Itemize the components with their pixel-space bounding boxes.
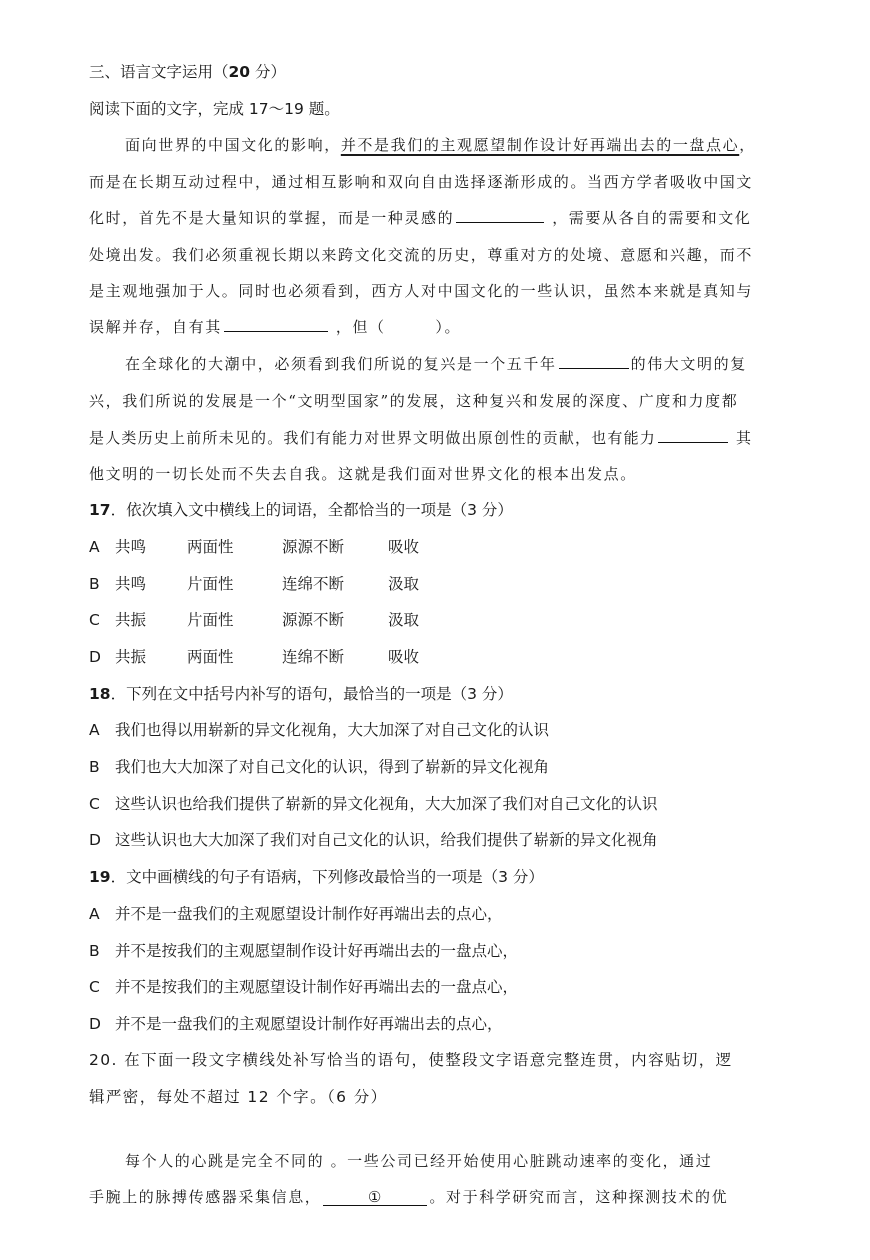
passage-line: 在全球化的大潮中，必须看到我们所说的复兴是一个五千年的伟大文明的复 (125, 354, 747, 374)
passage-line: 而是在长期互动过程中，通过相互影响和双向自由选择逐渐形成的。当西方学者吸收中国文 (89, 172, 753, 192)
passage-text: ， (739, 136, 756, 154)
passage-text: 在全球化的大潮中，必须看到我们所说的复兴是一个五千年 (125, 355, 557, 373)
q19-option-d[interactable]: D并不是一盘我们的主观愿望设计制作好再端出去的点心， (89, 1014, 503, 1034)
option-label: A (89, 537, 115, 557)
option-word: 片面性 (187, 574, 282, 594)
question-number: 19 (89, 868, 111, 886)
fill-blank-2[interactable] (224, 317, 328, 332)
question-17-stem: 17．依次填入文中横线上的词语，全都恰当的一项是（3 分） (89, 500, 513, 520)
option-label: B (89, 757, 115, 777)
option-word: 连绵不断 (282, 647, 388, 667)
question-19-stem: 19．文中画横线的句子有语病，下列修改最恰当的一项是（3 分） (89, 867, 544, 887)
option-text: 我们也得以用崭新的异文化视角，大大加深了对自己文化的认识 (115, 721, 549, 739)
question-number: 17 (89, 501, 111, 519)
q18-option-a[interactable]: A我们也得以用崭新的异文化视角，大大加深了对自己文化的认识 (89, 720, 549, 740)
option-word: 共振 (115, 610, 187, 630)
option-label: B (89, 941, 115, 961)
option-word: 源源不断 (282, 537, 388, 557)
passage-text: 的伟大文明的复 (631, 355, 747, 373)
passage-text: 手腕上的脉搏传感器采集信息， (89, 1188, 321, 1206)
instruction: 阅读下面的文字，完成 17～19 题。 (89, 99, 340, 119)
q18-option-d[interactable]: D这些认识也大大加深了我们对自己文化的认识，给我们提供了崭新的异文化视角 (89, 830, 658, 850)
option-label: C (89, 977, 115, 997)
passage-line: 面向世界的中国文化的影响，并不是我们的主观愿望制作设计好再端出去的一盘点心， (125, 135, 756, 155)
heading-text: 三、语言文字运用（ (89, 63, 229, 81)
fill-blank-1[interactable] (456, 208, 544, 223)
heading-score: 20 (229, 63, 251, 81)
passage-line: 是主观地强加于人。同时也必须看到，西方人对中国文化的一些认识，虽然本来就是真知与 (89, 281, 753, 301)
option-word: 两面性 (187, 647, 282, 667)
question-20-stem-line2: 辑严密，每处不超过 12 个字。（6 分） (89, 1087, 388, 1107)
question-20-stem-line1: 20. 在下面一段文字横线处补写恰当的语句，使整段文字语意完整连贯，内容贴切，逻 (89, 1050, 733, 1070)
passage-text: 面向世界的中国文化的影响， (125, 136, 341, 154)
option-label: C (89, 794, 115, 814)
option-text: 并不是按我们的主观愿望设计制作好再端出去的一盘点心， (115, 978, 518, 996)
option-label: B (89, 574, 115, 594)
passage-text: 化时，首先不是大量知识的掌握，而是一种灵感的 (89, 209, 454, 227)
question-stem: ．依次填入文中横线上的词语，全都恰当的一项是（3 分） (111, 501, 513, 519)
passage-line: 处境出发。我们必须重视长期以来跨文化交流的历史，尊重对方的处境、意愿和兴趣，而不 (89, 245, 753, 265)
passage-line: 化时，首先不是大量知识的掌握，而是一种灵感的，需要从各自的需要和文化 (89, 208, 751, 228)
passage-line: 兴，我们所说的发展是一个“文明型国家”的发展，这种复兴和发展的深度、广度和力度都 (89, 391, 738, 411)
option-word: 吸收 (388, 537, 419, 557)
passage-text: 。对于科学研究而言，这种探测技术的优 (429, 1188, 728, 1206)
q17-option-d[interactable]: D共振两面性连绵不断吸收 (89, 647, 419, 667)
question-number: 18 (89, 685, 111, 703)
passage-text: ，需要从各自的需要和文化 (552, 209, 751, 227)
option-label: D (89, 647, 115, 667)
option-word: 汲取 (388, 610, 419, 630)
q20-passage-line: 每个人的心跳是完全不同的 。一些公司已经开始使用心脏跳动速率的变化，通过 (125, 1151, 712, 1171)
question-stem: ．文中画横线的句子有语病，下列修改最恰当的一项是（3 分） (111, 868, 544, 886)
option-text: 并不是一盘我们的主观愿望设计制作好再端出去的点心， (115, 1015, 503, 1033)
q19-option-a[interactable]: A并不是一盘我们的主观愿望设计制作好再端出去的点心， (89, 904, 503, 924)
q17-option-b[interactable]: B共鸣片面性连绵不断汲取 (89, 574, 419, 594)
option-text: 这些认识也给我们提供了崭新的异文化视角，大大加深了我们对自己文化的认识 (115, 795, 658, 813)
question-stem: ．下列在文中括号内补写的语句，最恰当的一项是（3 分） (111, 685, 513, 703)
option-label: D (89, 830, 115, 850)
option-word: 片面性 (187, 610, 282, 630)
q18-option-c[interactable]: C这些认识也给我们提供了崭新的异文化视角，大大加深了我们对自己文化的认识 (89, 794, 658, 814)
passage-line: 是人类历史上前所未见的。我们有能力对世界文明做出原创性的贡献，也有能力其 (89, 428, 752, 448)
option-text: 我们也大大加深了对自己文化的认识，得到了崭新的异文化视角 (115, 758, 549, 776)
option-word: 吸收 (388, 647, 419, 667)
passage-line: 误解并存，自有其，但（ ）。 (89, 317, 461, 337)
fill-blank-circled-1[interactable]: ① (323, 1187, 427, 1206)
q17-option-a[interactable]: A共鸣两面性源源不断吸收 (89, 537, 419, 557)
option-word: 共鸣 (115, 537, 187, 557)
question-18-stem: 18．下列在文中括号内补写的语句，最恰当的一项是（3 分） (89, 684, 513, 704)
option-label: A (89, 904, 115, 924)
option-label: C (89, 610, 115, 630)
passage-text: 误解并存，自有其 (89, 318, 222, 336)
fill-blank-3[interactable] (559, 354, 629, 369)
q17-option-c[interactable]: C共振片面性源源不断汲取 (89, 610, 419, 630)
q18-option-b[interactable]: B我们也大大加深了对自己文化的认识，得到了崭新的异文化视角 (89, 757, 549, 777)
passage-line: 他文明的一切长处而不失去自我。这就是我们面对世界文化的根本出发点。 (89, 464, 637, 484)
section-heading: 三、语言文字运用（20 分） (89, 62, 286, 82)
passage-text: 其 (736, 429, 752, 447)
option-text: 并不是按我们的主观愿望制作设计好再端出去的一盘点心， (115, 942, 518, 960)
underlined-sentence: 并不是我们的主观愿望制作设计好再端出去的一盘点心 (341, 136, 739, 154)
fill-blank-4[interactable] (658, 428, 728, 443)
option-word: 共振 (115, 647, 187, 667)
option-word: 源源不断 (282, 610, 388, 630)
option-text: 这些认识也大大加深了我们对自己文化的认识，给我们提供了崭新的异文化视角 (115, 831, 658, 849)
option-label: D (89, 1014, 115, 1034)
passage-text: 是人类历史上前所未见的。我们有能力对世界文明做出原创性的贡献，也有能力 (89, 429, 656, 447)
q19-option-c[interactable]: C并不是按我们的主观愿望设计制作好再端出去的一盘点心， (89, 977, 518, 997)
option-word: 连绵不断 (282, 574, 388, 594)
heading-suffix: 分） (250, 63, 286, 81)
option-word: 两面性 (187, 537, 282, 557)
option-text: 并不是一盘我们的主观愿望设计制作好再端出去的点心， (115, 905, 503, 923)
blank-marker: ① (368, 1188, 383, 1206)
option-word: 共鸣 (115, 574, 187, 594)
option-label: A (89, 720, 115, 740)
option-word: 汲取 (388, 574, 419, 594)
q20-passage-line: 手腕上的脉搏传感器采集信息，①。对于科学研究而言，这种探测技术的优 (89, 1187, 728, 1207)
q19-option-b[interactable]: B并不是按我们的主观愿望制作设计好再端出去的一盘点心， (89, 941, 518, 961)
passage-text: ，但（ ）。 (336, 318, 461, 336)
